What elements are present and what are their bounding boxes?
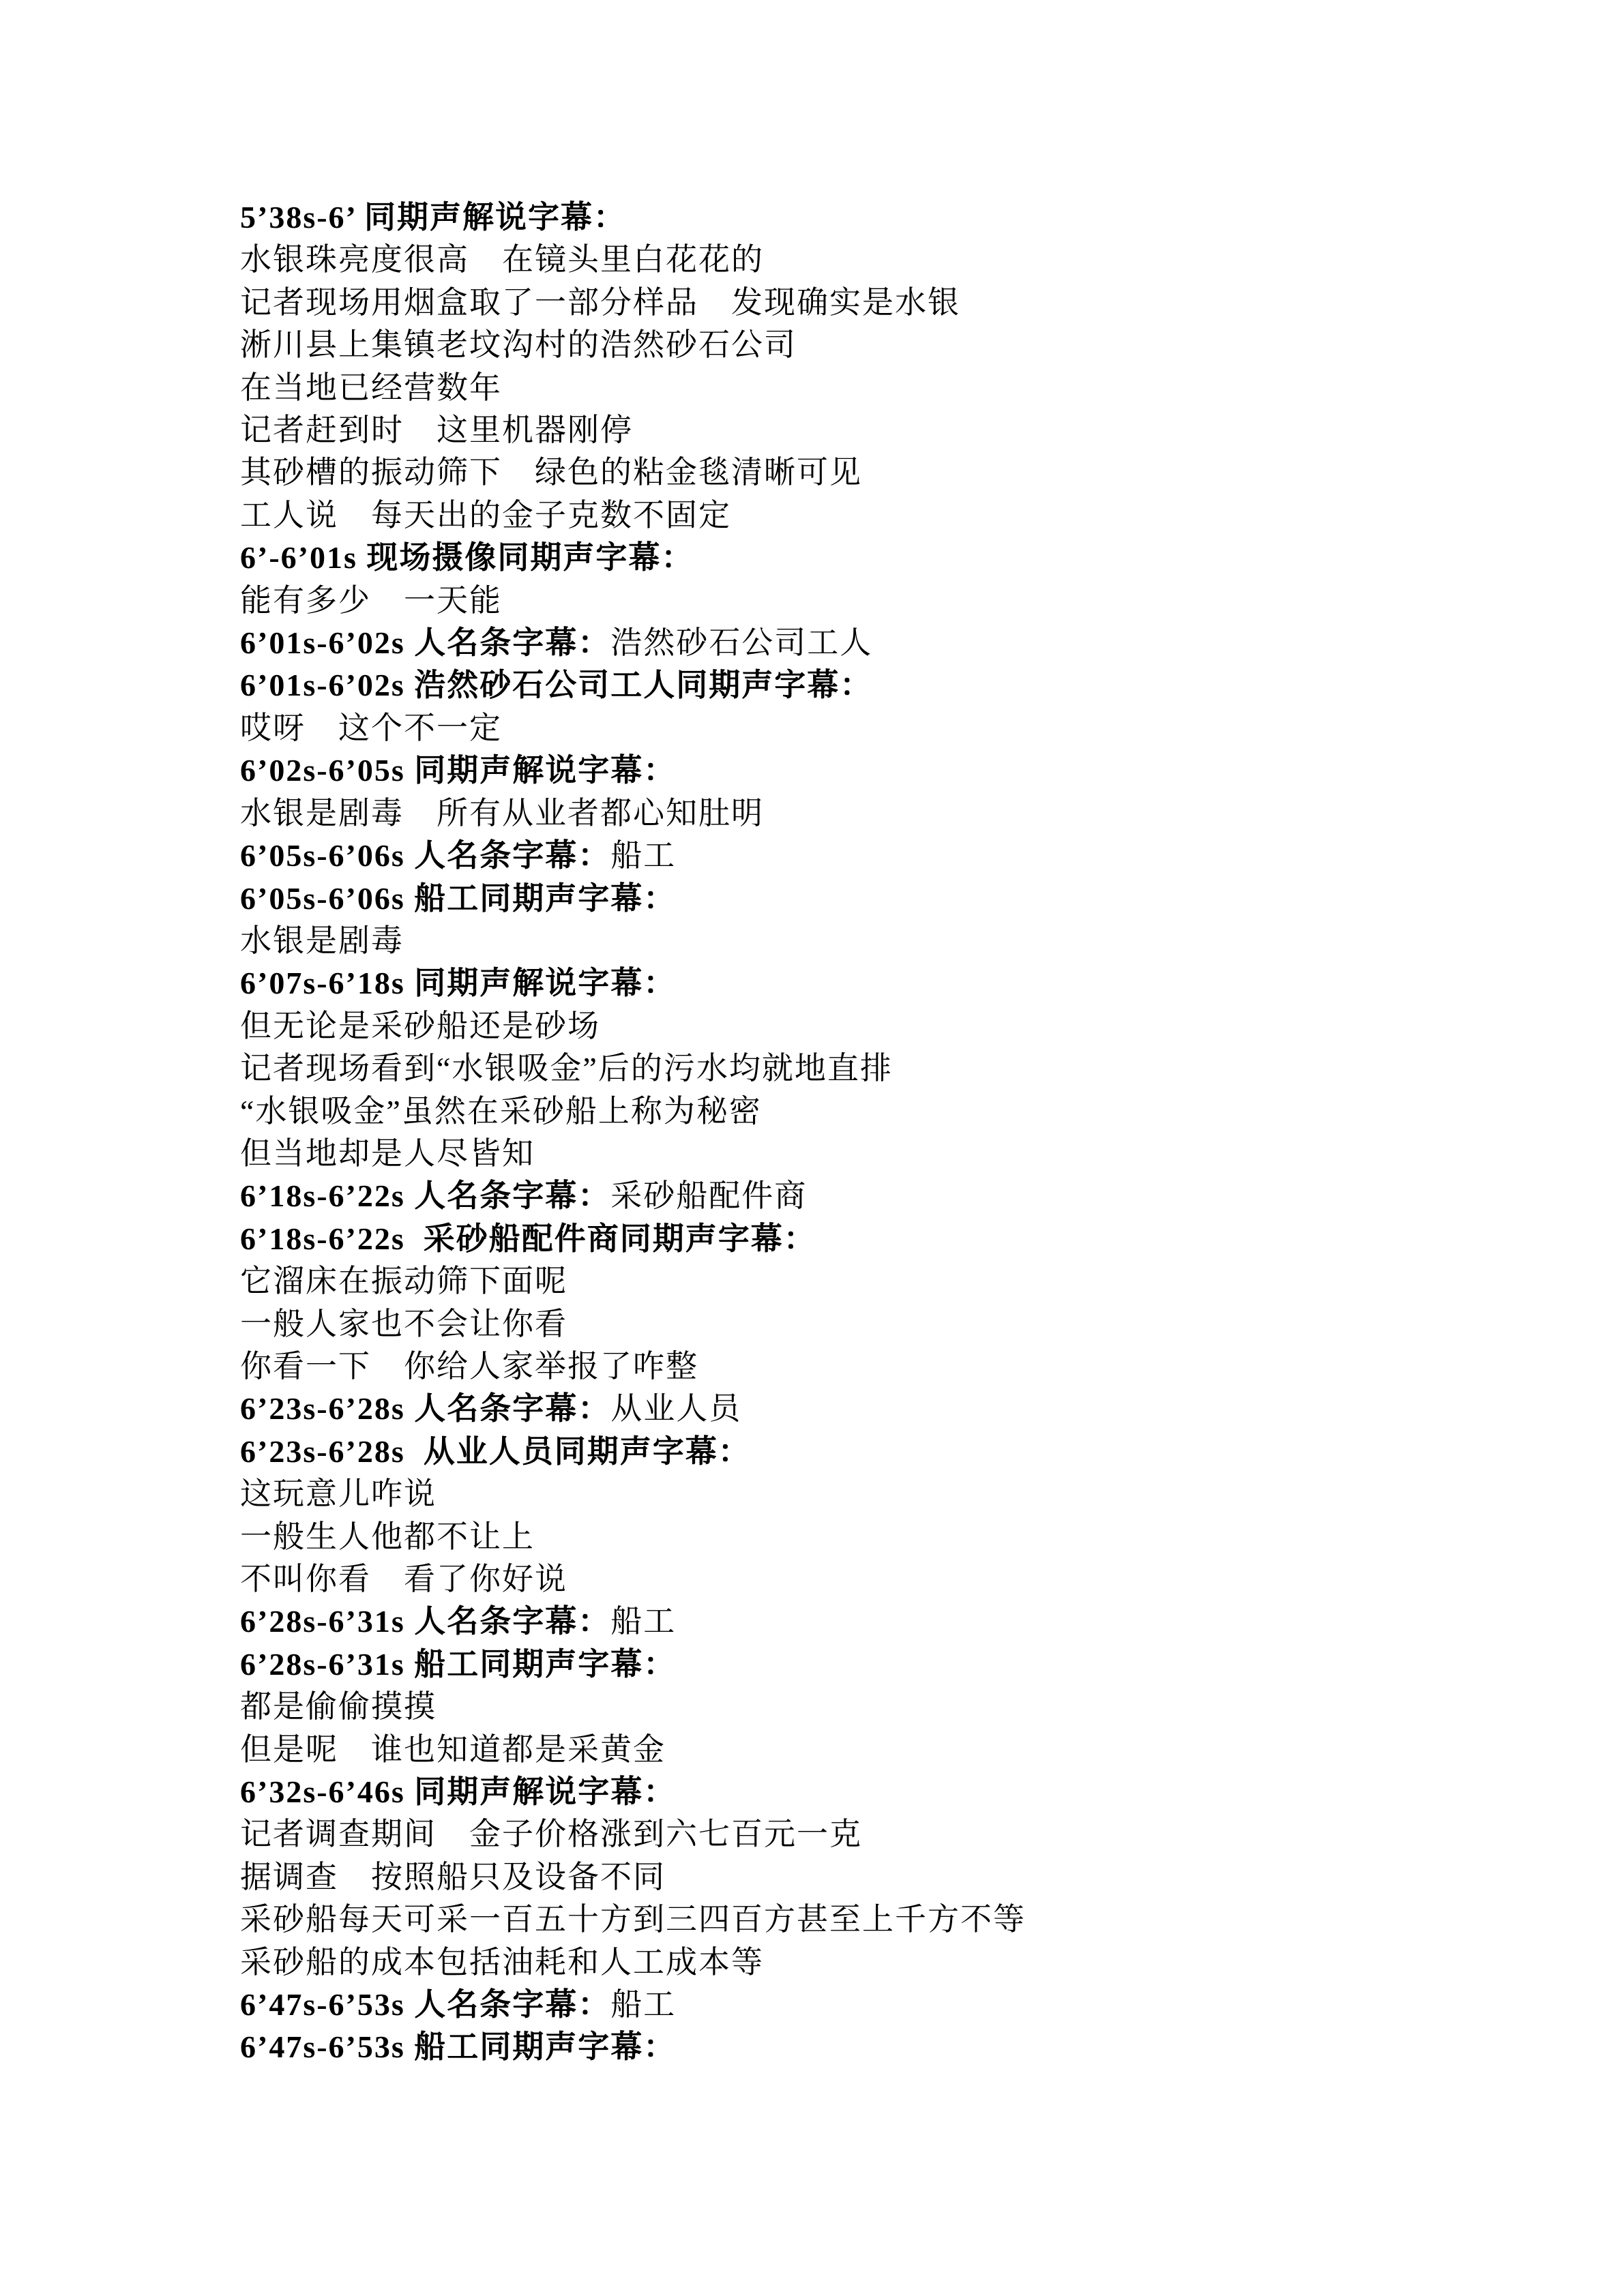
document-line: 6’23s-6’28s 从业人员同期声字幕： bbox=[240, 1431, 1441, 1473]
transcript-text-segment: 一般生人他都不让上 bbox=[240, 1519, 535, 1554]
transcript-text-segment: 采砂船配件商 bbox=[610, 1178, 807, 1213]
document-line: 能有多少 一天能 bbox=[240, 580, 1441, 622]
document-line: 一般生人他都不让上 bbox=[240, 1516, 1441, 1558]
document-line: 6’23s-6’28s 人名条字幕：从业人员 bbox=[240, 1388, 1441, 1430]
document-line: 6’01s-6’02s 人名条字幕：浩然砂石公司工人 bbox=[240, 622, 1441, 664]
document-line: 都是偷偷摸摸 bbox=[240, 1686, 1441, 1728]
timestamp-heading-segment: 6’02s-6’05s 同期声解说字幕： bbox=[240, 753, 676, 788]
document-line: 它溜床在振动筛下面呢 bbox=[240, 1260, 1441, 1302]
transcript-text-segment: 其砂槽的振动筛下 绿色的粘金毯清晰可见 bbox=[240, 455, 862, 490]
document-line: 6’-6’01s 现场摄像同期声字幕： bbox=[240, 537, 1441, 579]
transcript-text-segment: 但是呢 谁也知道都是采黄金 bbox=[240, 1732, 666, 1767]
transcript-text-segment: 淅川县上集镇老坟沟村的浩然砂石公司 bbox=[240, 327, 797, 362]
transcript-text-segment: 不叫你看 看了你好说 bbox=[240, 1562, 567, 1596]
document-line: 但当地却是人尽皆知 bbox=[240, 1133, 1441, 1175]
document-line: 5’38s-6’ 同期声解说字幕： bbox=[240, 196, 1441, 239]
transcript-text-segment: 能有多少 一天能 bbox=[240, 583, 502, 618]
document-line: 记者调查期间 金子价格涨到六七百元一克 bbox=[240, 1813, 1441, 1855]
document-line: 工人说 每天出的金子克数不固定 bbox=[240, 494, 1441, 537]
document-line: 6’28s-6’31s 船工同期声字幕： bbox=[240, 1643, 1441, 1686]
transcript-text-segment: 水银是剧毒 bbox=[240, 923, 404, 958]
document-line: 6’07s-6’18s 同期声解说字幕： bbox=[240, 962, 1441, 1004]
transcript-text-segment: 工人说 每天出的金子克数不固定 bbox=[240, 498, 731, 533]
timestamp-heading-segment: 6’05s-6’06s 船工同期声字幕： bbox=[240, 881, 676, 916]
document-line: 6’05s-6’06s 船工同期声字幕： bbox=[240, 878, 1441, 920]
document-line: 6’32s-6’46s 同期声解说字幕： bbox=[240, 1771, 1441, 1813]
transcript-text-segment: “水银吸金”虽然在采砂船上称为秘密 bbox=[240, 1094, 762, 1129]
timestamp-heading-segment: 6’18s-6’22s 采砂船配件商同期声字幕： bbox=[240, 1221, 816, 1256]
transcript-text-segment: 船工 bbox=[610, 1987, 676, 2022]
transcript-text-segment: 但当地却是人尽皆知 bbox=[240, 1136, 535, 1171]
transcript-text-segment: 记者赶到时 这里机器刚停 bbox=[240, 413, 633, 447]
document-line: 记者赶到时 这里机器刚停 bbox=[240, 409, 1441, 451]
document-line: 水银珠亮度很高 在镜头里白花花的 bbox=[240, 239, 1441, 281]
timestamp-heading-segment: 6’47s-6’53s 人名条字幕： bbox=[240, 1987, 610, 2022]
timestamp-heading-segment: 6’07s-6’18s 同期声解说字幕： bbox=[240, 966, 676, 1000]
timestamp-heading-segment: 6’-6’01s 现场摄像同期声字幕： bbox=[240, 540, 694, 575]
timestamp-heading-segment: 6’23s-6’28s 从业人员同期声字幕： bbox=[240, 1434, 751, 1469]
document-line: 在当地已经营数年 bbox=[240, 367, 1441, 409]
document-line: 这玩意儿咋说 bbox=[240, 1473, 1441, 1515]
document-line: 但是呢 谁也知道都是采黄金 bbox=[240, 1729, 1441, 1771]
document-line: 6’02s-6’05s 同期声解说字幕： bbox=[240, 749, 1441, 792]
transcript-text-segment: 记者现场看到“水银吸金”后的污水均就地直排 bbox=[240, 1051, 893, 1086]
document-line: 淅川县上集镇老坟沟村的浩然砂石公司 bbox=[240, 324, 1441, 366]
timestamp-heading-segment: 6’18s-6’22s 人名条字幕： bbox=[240, 1178, 610, 1213]
transcript-text-segment: 浩然砂石公司工人 bbox=[610, 625, 872, 660]
document-line: 记者现场看到“水银吸金”后的污水均就地直排 bbox=[240, 1047, 1441, 1090]
transcript-text-segment: 这玩意儿咋说 bbox=[240, 1476, 437, 1511]
timestamp-heading-segment: 6’01s-6’02s 人名条字幕： bbox=[240, 625, 610, 660]
transcript-text-segment: 记者现场用烟盒取了一部分样品 发现确实是水银 bbox=[240, 285, 960, 320]
timestamp-heading-segment: 6’32s-6’46s 同期声解说字幕： bbox=[240, 1774, 676, 1809]
document-line: 6’28s-6’31s 人名条字幕：船工 bbox=[240, 1600, 1441, 1643]
document-line: 采砂船的成本包括油耗和人工成本等 bbox=[240, 1941, 1441, 1984]
transcript-text-segment: 水银珠亮度很高 在镜头里白花花的 bbox=[240, 242, 764, 277]
document-line: 记者现场用烟盒取了一部分样品 发现确实是水银 bbox=[240, 282, 1441, 324]
transcript-text-segment: 但无论是采砂船还是砂场 bbox=[240, 1009, 600, 1043]
transcript-text-segment: 据调查 按照船只及设备不同 bbox=[240, 1860, 666, 1894]
document-line: 水银是剧毒 bbox=[240, 920, 1441, 962]
timestamp-heading-segment: 6’23s-6’28s 人名条字幕： bbox=[240, 1391, 610, 1426]
transcript-text-segment: 哎呀 这个不一定 bbox=[240, 711, 502, 745]
transcript-text-segment: 都是偷偷摸摸 bbox=[240, 1689, 437, 1724]
document-line: 但无论是采砂船还是砂场 bbox=[240, 1005, 1441, 1047]
document-line: 6’05s-6’06s 人名条字幕：船工 bbox=[240, 835, 1441, 877]
transcript-text-segment: 船工 bbox=[610, 1604, 676, 1639]
document-line: 6’47s-6’53s 人名条字幕：船工 bbox=[240, 1984, 1441, 2026]
document-line: 其砂槽的振动筛下 绿色的粘金毯清晰可见 bbox=[240, 451, 1441, 494]
transcript-text-segment: 采砂船每天可采一百五十方到三四百方甚至上千方不等 bbox=[240, 1902, 1026, 1937]
transcript-text-segment: 水银是剧毒 所有从业者都心知肚明 bbox=[240, 796, 764, 831]
document-line: 哎呀 这个不一定 bbox=[240, 707, 1441, 749]
transcript-text-segment: 从业人员 bbox=[610, 1391, 741, 1426]
timestamp-heading-segment: 6’01s-6’02s 浩然砂石公司工人同期声字幕： bbox=[240, 668, 872, 702]
document-line: 不叫你看 看了你好说 bbox=[240, 1558, 1441, 1600]
timestamp-heading-segment: 6’47s-6’53s 船工同期声字幕： bbox=[240, 2029, 676, 2064]
timestamp-heading-segment: 5’38s-6’ 同期声解说字幕： bbox=[240, 200, 626, 235]
transcript-text-segment: 记者调查期间 金子价格涨到六七百元一克 bbox=[240, 1817, 862, 1851]
document-line: 6’47s-6’53s 船工同期声字幕： bbox=[240, 2026, 1441, 2068]
document-line: 6’18s-6’22s 采砂船配件商同期声字幕： bbox=[240, 1218, 1441, 1260]
transcript-text-segment: 在当地已经营数年 bbox=[240, 370, 502, 405]
document-line: 采砂船每天可采一百五十方到三四百方甚至上千方不等 bbox=[240, 1898, 1441, 1941]
document-line: 6’01s-6’02s 浩然砂石公司工人同期声字幕： bbox=[240, 664, 1441, 706]
transcript-text-segment: 你看一下 你给人家举报了咋整 bbox=[240, 1349, 698, 1384]
transcript-text-segment: 它溜床在振动筛下面呢 bbox=[240, 1264, 567, 1298]
document-line: 一般人家也不会让你看 bbox=[240, 1303, 1441, 1345]
transcript-text-segment: 采砂船的成本包括油耗和人工成本等 bbox=[240, 1945, 764, 1980]
timestamp-heading-segment: 6’28s-6’31s 人名条字幕： bbox=[240, 1604, 610, 1639]
document-line: 6’18s-6’22s 人名条字幕：采砂船配件商 bbox=[240, 1175, 1441, 1217]
document-content: 5’38s-6’ 同期声解说字幕：水银珠亮度很高 在镜头里白花花的记者现场用烟盒… bbox=[240, 196, 1441, 2069]
document-line: 你看一下 你给人家举报了咋整 bbox=[240, 1345, 1441, 1388]
timestamp-heading-segment: 6’28s-6’31s 船工同期声字幕： bbox=[240, 1647, 676, 1682]
transcript-text-segment: 船工 bbox=[610, 838, 676, 873]
document-page: 5’38s-6’ 同期声解说字幕：水银珠亮度很高 在镜头里白花花的记者现场用烟盒… bbox=[0, 0, 1624, 2296]
document-line: 据调查 按照船只及设备不同 bbox=[240, 1856, 1441, 1898]
document-line: “水银吸金”虽然在采砂船上称为秘密 bbox=[240, 1090, 1441, 1133]
document-line: 水银是剧毒 所有从业者都心知肚明 bbox=[240, 792, 1441, 835]
transcript-text-segment: 一般人家也不会让你看 bbox=[240, 1307, 567, 1341]
timestamp-heading-segment: 6’05s-6’06s 人名条字幕： bbox=[240, 838, 610, 873]
